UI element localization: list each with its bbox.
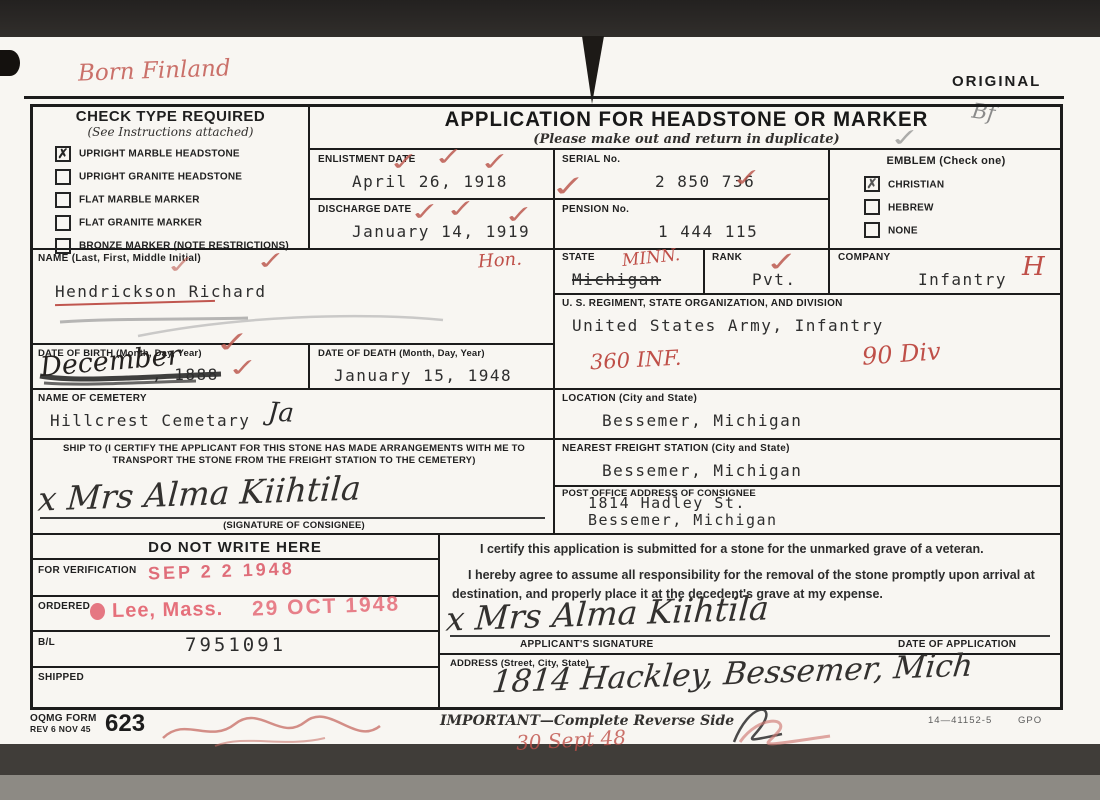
date-of-birth-value: , 1888 — [152, 365, 219, 384]
red-ink-scribble — [155, 710, 390, 755]
red-checkmark: ✓ — [254, 247, 289, 276]
red-checkmark: ✓ — [548, 170, 589, 205]
bl-label: B/L — [38, 637, 55, 649]
grid-line — [828, 248, 830, 295]
form-border-right — [1060, 104, 1063, 710]
scan-edge-top — [0, 0, 1100, 37]
form-header: APPLICATION FOR HEADSTONE OR MARKER (Ple… — [310, 108, 1063, 147]
pencil-strikes — [58, 306, 448, 344]
certification-line1: I certify this application is submitted … — [466, 542, 1044, 556]
grid-line — [308, 343, 310, 390]
address-handwritten-value: 1814 Hackley, Bessemer, Mich — [490, 648, 974, 701]
freight-station-value: Bessemer, Michigan — [602, 461, 802, 480]
discharge-date-value: January 14, 1919 — [352, 222, 530, 241]
red-ink-flourish — [730, 712, 840, 752]
consignee-address-line2: Bessemer, Michigan — [588, 511, 778, 529]
pension-no-label: PENSION No. — [562, 204, 629, 216]
grid-line — [30, 630, 440, 632]
company-value: Infantry — [918, 270, 1007, 289]
regiment-red-note-right: 90 Div — [861, 337, 941, 370]
state-value: Michigan — [572, 270, 661, 289]
red-handwritten-note: Born Finland — [78, 55, 231, 86]
ordered-place-stamp: Lee, Mass. — [112, 598, 224, 623]
checkbox-label: HEBREW — [888, 202, 934, 213]
date-of-death-label: DATE OF DEATH (Month, Day, Year) — [318, 348, 485, 360]
checkbox-icon — [55, 238, 71, 254]
signature-line — [40, 517, 545, 519]
name-value: Hendrickson Richard — [55, 282, 267, 301]
ordered-label: ORDERED — [38, 601, 90, 613]
date-of-death-value: January 15, 1948 — [334, 366, 512, 385]
form-title: APPLICATION FOR HEADSTONE OR MARKER — [321, 108, 1051, 132]
checkbox-label: CHRISTIAN — [888, 179, 944, 190]
red-ink-blot — [90, 603, 105, 620]
check-type-title: CHECK TYPE REQUIRED — [33, 108, 308, 125]
checkbox-flat-granite-marker: FLAT GRANITE MARKER — [55, 214, 308, 232]
freight-station-label: NEAREST FREIGHT STATION (City and State) — [562, 443, 790, 455]
regiment-label: U. S. REGIMENT, STATE ORGANIZATION, AND … — [562, 298, 843, 310]
checkbox-icon — [864, 222, 880, 238]
ship-to-label: SHIP TO (I CERTIFY THE APPLICANT FOR THI… — [36, 443, 552, 467]
location-value: Bessemer, Michigan — [602, 411, 802, 430]
checkbox-label: FLAT GRANITE MARKER — [79, 218, 202, 229]
scan-line — [24, 96, 1064, 99]
scan-blot — [0, 50, 20, 76]
checkbox-christian: ✗CHRISTIAN — [864, 176, 1060, 194]
location-label: LOCATION (City and State) — [562, 393, 697, 405]
emblem-label: EMBLEM (Check one) — [832, 155, 1060, 168]
check-type-section: CHECK TYPE REQUIRED (See Instructions at… — [33, 108, 308, 248]
red-checkmark: ✓ — [444, 195, 479, 224]
checkbox-upright-granite-headstone: UPRIGHT GRANITE HEADSTONE — [55, 168, 308, 186]
checkbox-icon — [55, 215, 71, 231]
checkbox-icon — [864, 199, 880, 215]
shipped-label: SHIPPED — [38, 672, 84, 684]
grid-line — [310, 148, 1063, 150]
checkbox-none: NONE — [864, 222, 1060, 240]
red-checkmark: ✓ — [730, 164, 765, 193]
pension-no-value: 1 444 115 — [658, 222, 758, 241]
red-checkmark: ✓ — [226, 354, 261, 383]
form-border-top — [30, 104, 1063, 107]
checkbox-upright-marble-headstone: ✗UPRIGHT MARBLE HEADSTONE — [55, 145, 308, 163]
form-id-line2: REV 6 NOV 45 — [30, 725, 97, 735]
checkbox-label: UPRIGHT GRANITE HEADSTONE — [79, 172, 242, 183]
do-not-write-here-title: DO NOT WRITE HERE — [30, 539, 440, 556]
red-checkmark: ✓ — [763, 246, 801, 278]
red-checkmark: ✓ — [408, 198, 443, 227]
grid-line — [555, 485, 1063, 487]
cemetery-label: NAME OF CEMETERY — [38, 393, 147, 405]
red-checkmark: ✓ — [164, 251, 199, 280]
company-red-note: H — [1022, 252, 1045, 282]
checkbox-label: NONE — [888, 225, 918, 236]
grid-line — [555, 198, 830, 200]
verification-date-stamp: SEP 2 2 1948 — [148, 558, 295, 584]
grid-line — [555, 438, 1063, 440]
form-id-line1: OQMG FORM — [30, 713, 97, 725]
red-checkmark: ✓ — [502, 201, 537, 230]
emblem-section: EMBLEM (Check one) ✗CHRISTIAN HEBREW NON… — [832, 155, 1060, 245]
grid-line — [30, 438, 555, 440]
checkbox-hebrew: HEBREW — [864, 199, 1060, 217]
grid-line — [555, 293, 1063, 295]
for-verification-label: FOR VERIFICATION — [38, 565, 137, 577]
applicant-signature-label: APPLICANT'S SIGNATURE — [520, 639, 654, 651]
checkbox-label: FLAT MARBLE MARKER — [79, 195, 200, 206]
grid-line — [30, 388, 555, 390]
cemetery-value: Hillcrest Cemetary — [50, 411, 250, 430]
ordered-date-stamp: 29 OCT 1948 — [252, 592, 401, 621]
form-subtitle: (Please make out and return in duplicate… — [310, 132, 1063, 147]
original-label: ORIGINAL — [952, 73, 1041, 90]
rank-label: RANK — [712, 252, 742, 264]
checkbox-icon: ✗ — [864, 176, 880, 192]
company-label: COMPANY — [838, 252, 890, 264]
scanned-headstone-application: Born Finland ORIGINAL Bf CHECK TYPE REQU… — [0, 0, 1100, 800]
check-type-subtitle: (See Instructions attached) — [33, 125, 308, 139]
pencil-checkmark: ✓ — [888, 124, 923, 153]
red-checkmark: ✓ — [387, 148, 422, 177]
grid-line — [703, 248, 705, 295]
checkbox-icon — [55, 192, 71, 208]
state-label: STATE — [562, 252, 595, 264]
regiment-red-note-left: 360 INF. — [589, 346, 682, 375]
grid-line — [30, 533, 1063, 535]
bl-value: 7951091 — [185, 634, 286, 656]
consignee-address-line1: 1814 Hadley St. — [588, 494, 746, 512]
consignee-signature-caption: (SIGNATURE OF CONSIGNEE) — [36, 520, 552, 532]
grid-line — [555, 388, 1063, 390]
grid-line — [553, 148, 555, 533]
discharge-date-label: DISCHARGE DATE — [318, 204, 411, 216]
regiment-value: United States Army, Infantry — [572, 316, 884, 335]
checkbox-icon: ✗ — [55, 146, 71, 162]
cemetery-ink-mark: Ja — [267, 397, 295, 429]
serial-no-label: SERIAL No. — [562, 154, 620, 166]
checkbox-flat-marble-marker: FLAT MARBLE MARKER — [55, 191, 308, 209]
form-number: 623 — [105, 713, 145, 736]
red-checkmark: ✓ — [478, 148, 513, 177]
name-red-note: Hon. — [477, 248, 522, 272]
grid-line — [828, 148, 830, 248]
form-id: OQMG FORM REV 6 NOV 45 623 — [30, 713, 145, 736]
checkbox-icon — [55, 169, 71, 185]
consignee-signature: x Mrs Alma Kiihtila — [37, 468, 363, 518]
print-code: 14—41152-5 — [928, 715, 992, 726]
red-checkmark: ✓ — [432, 143, 467, 172]
signature-line — [450, 635, 1050, 637]
grid-line — [30, 666, 440, 668]
checkbox-label: UPRIGHT MARBLE HEADSTONE — [79, 149, 240, 160]
gpo-code: GPO — [1018, 715, 1042, 726]
